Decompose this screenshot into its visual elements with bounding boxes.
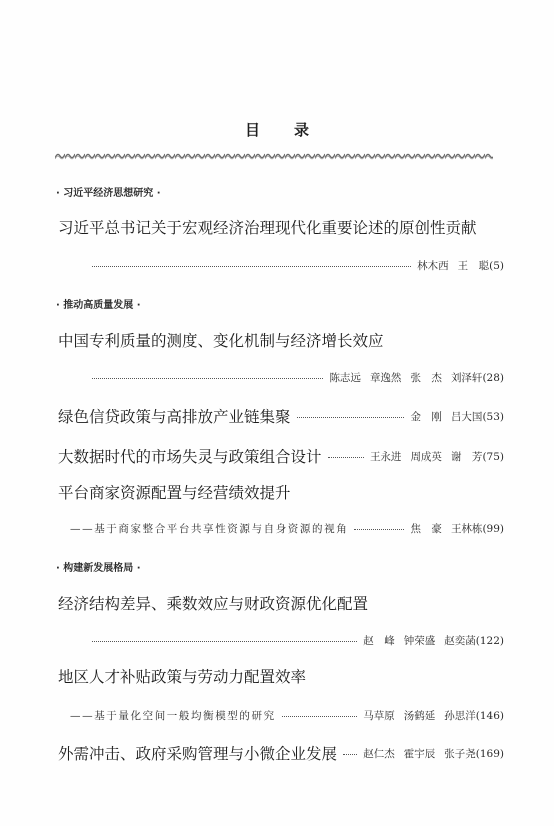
article-title[interactable]: 经济结构差异、乘数效应与财政资源优化配置 [58, 594, 368, 614]
page-number[interactable]: (5) [489, 260, 504, 272]
article-authors: 陈志远章逸然张 杰刘泽轩(28) [329, 370, 504, 385]
article-byline: 陈志远章逸然张 杰刘泽轩(28) [58, 369, 504, 385]
page-title-char: 录 [294, 119, 309, 140]
page-number[interactable]: (28) [482, 372, 504, 384]
article-byline: 林木西王 聪(5) [58, 257, 504, 273]
article-title[interactable]: 习近平总书记关于宏观经济治理现代化重要论述的原创性贡献 [58, 218, 477, 238]
article-title[interactable]: 平台商家资源配置与经营绩效提升 [58, 483, 291, 503]
dot-leader [354, 520, 404, 536]
page-number[interactable]: (169) [476, 748, 504, 760]
page-title-char: 目 [245, 119, 260, 140]
page-number[interactable]: (75) [482, 451, 504, 463]
page-number[interactable]: (53) [482, 411, 504, 423]
page-title: 目录 [0, 119, 554, 140]
article-subtitle: ——基于量化空间一般均衡模型的研究 [58, 708, 276, 723]
article-authors: 赵 峰钟荣盛赵奕菡(122) [363, 633, 504, 648]
article-entry: 绿色信贷政策与高排放产业链集聚 金 刚吕大国(53) [58, 406, 504, 426]
article-entry: 外需冲击、政府采购管理与小微企业发展 赵仁杰霍宇辰张子尧(169) [58, 743, 504, 763]
article-byline: ——基于商家整合平台共享性资源与自身资源的视角 焦 豪王林栋(99) [58, 520, 504, 536]
page-number[interactable]: (122) [476, 635, 504, 647]
dot-leader [92, 369, 323, 385]
dot-leader [92, 632, 357, 648]
article-title[interactable]: 外需冲击、政府采购管理与小微企业发展 [58, 742, 337, 764]
article-title[interactable]: 中国专利质量的测度、变化机制与经济增长效应 [58, 331, 384, 351]
article-title[interactable]: 大数据时代的市场失灵与政策组合设计 [58, 445, 322, 467]
wave-divider-icon [55, 150, 493, 162]
article-byline: 赵 峰钟荣盛赵奕菡(122) [58, 632, 504, 648]
article-title[interactable]: 绿色信贷政策与高排放产业链集聚 [58, 405, 291, 427]
article-authors: 焦 豪王林栋(99) [410, 521, 504, 536]
article-entry: 大数据时代的市场失灵与政策组合设计 王永进周成英谢 芳(75) [58, 446, 504, 466]
dot-leader [328, 448, 364, 464]
dot-leader [297, 408, 405, 424]
article-authors: 马草原汤鹤延孙思洋(146) [363, 708, 504, 723]
page-number[interactable]: (146) [476, 710, 504, 722]
dot-leader [92, 257, 411, 273]
article-title[interactable]: 地区人才补贴政策与劳动力配置效率 [58, 667, 306, 687]
article-authors: 王永进周成英谢 芳(75) [370, 449, 504, 464]
dot-leader [343, 745, 357, 761]
article-authors: 林木西王 聪(5) [417, 258, 504, 273]
section-label: · 构建新发展格局 · [56, 559, 141, 574]
article-authors: 金 刚吕大国(53) [410, 409, 504, 424]
article-authors: 赵仁杰霍宇辰张子尧(169) [363, 746, 504, 761]
article-byline: ——基于量化空间一般均衡模型的研究 马草原汤鹤延孙思洋(146) [58, 707, 504, 723]
section-label: · 习近平经济思想研究 · [56, 184, 161, 199]
page-number[interactable]: (99) [482, 523, 504, 535]
section-label: · 推动高质量发展 · [56, 296, 141, 311]
article-subtitle: ——基于商家整合平台共享性资源与自身资源的视角 [58, 521, 348, 536]
dot-leader [282, 707, 358, 723]
